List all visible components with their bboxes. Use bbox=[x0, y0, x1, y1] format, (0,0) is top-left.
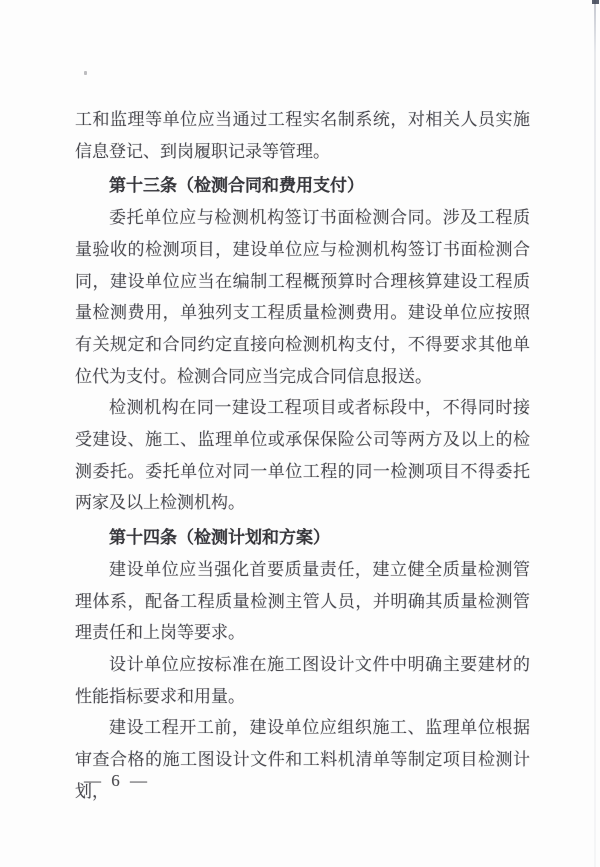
page-number: — 6 — bbox=[84, 771, 150, 791]
scan-speck bbox=[84, 71, 87, 75]
paragraph: 建设单位应当强化首要质量责任，建立健全质量检测管理体系，配备工程质量检测主管人员… bbox=[75, 554, 530, 649]
scan-edge-artifact bbox=[594, 0, 596, 867]
paragraph: 检测机构在同一建设工程项目或者标段中，不得同时接受建设、施工、监理单位或承保保险… bbox=[75, 392, 530, 519]
paragraph: 委托单位应与检测机构签订书面检测合同。涉及工程质量验收的检测项目，建设单位应与检… bbox=[75, 202, 530, 392]
scanned-document-page: 工和监理等单位应当通过工程实名制系统，对相关人员实施信息登记、到岗履职记录等管理… bbox=[0, 0, 600, 867]
article-heading-13: 第十三条（检测合同和费用支付） bbox=[75, 170, 530, 202]
scan-edge-corner-artifact bbox=[592, 0, 599, 4]
paragraph: 工和监理等单位应当通过工程实名制系统，对相关人员实施信息登记、到岗履职记录等管理… bbox=[75, 104, 530, 167]
document-text-column: 工和监理等单位应当通过工程实名制系统，对相关人员实施信息登记、到岗履职记录等管理… bbox=[75, 104, 530, 807]
paragraph: 建设工程开工前，建设单位应组织施工、监理单位根据审查合格的施工图设计文件和工料机… bbox=[75, 712, 530, 807]
article-heading-14: 第十四条（检测计划和方案） bbox=[75, 522, 530, 554]
paragraph: 设计单位应按标准在施工图设计文件中明确主要建材的性能指标要求和用量。 bbox=[75, 649, 530, 712]
